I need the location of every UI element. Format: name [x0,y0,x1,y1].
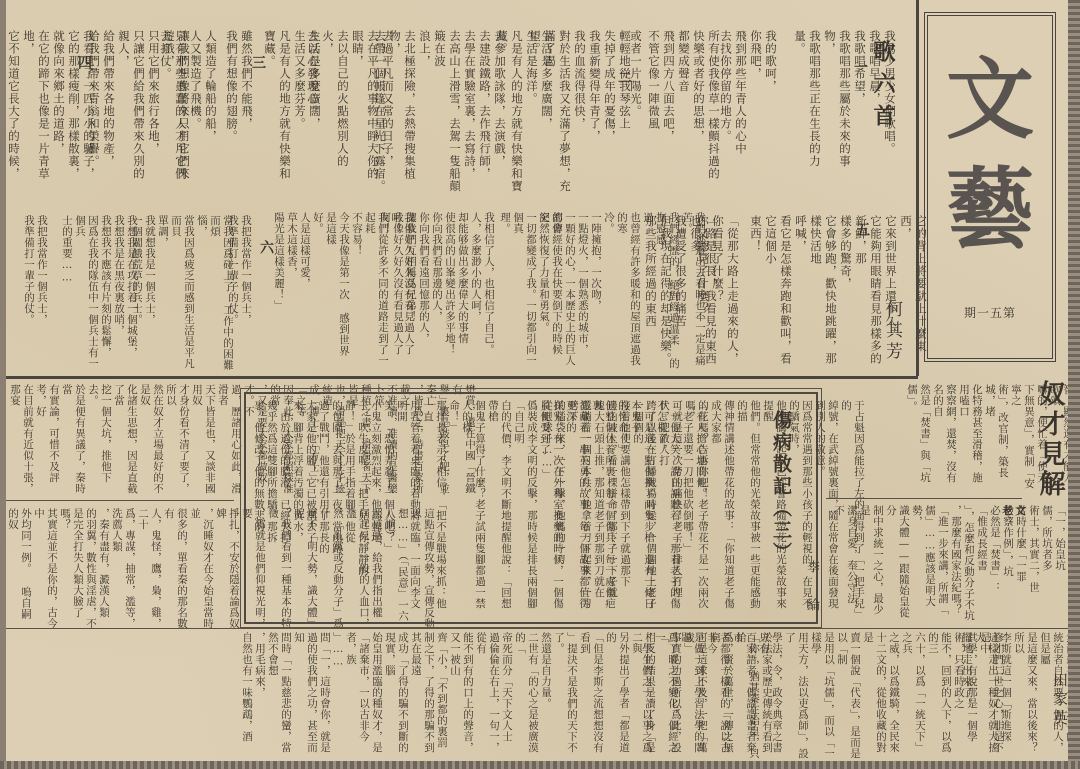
section-divider [6,376,918,379]
article-shangbing-body-2: 「有人擔心地問他。 「老子還要一刀把他砍倒哪！」 「一他大笑，說日語聽着：「那看… [252,400,707,616]
masthead-title-char-1: 文 [928,56,1052,144]
poem-section-5-stanza-1: 它的背上將要馱上什麼東西， 它來到世界上還不久， 它能夠用眼睛看見那樣多的新鮮，… [748,215,928,365]
poem-section-6-stanza-2: 當我因爲碰上了 工作中的困難 而煩 惱， 當我因爲疲乏而感到生活是平凡而貝 單調… [130,215,234,375]
article-nucai-body-7: 於法家或歷史傳統有看到 「你」，猶其秦在始皇，只給 爲，賢於萬世，一傳之無窮 可… [240,632,773,762]
page-edge [0,761,1080,769]
article-nucai-body-2: 「一，始皇坑 儒，所坑者多 術士，其實二，世 當時什麼「一罪 檢察作例」，坑 必… [832,505,1066,625]
page-edge [0,0,6,769]
poem-section-4-stanza-1: 我看見了一匹小小的驢子， 它的那樣瘦削，那樣散裏， 就像向來鄉土的道路， 在它的… [6,30,96,180]
article-nucai-intro: 讀史記「秦始皇本紀」， 覺得奴才的見解常有其獨特 的地方。 秦併字內，吞二周而亡… [905,384,1080,492]
poem-section-6-stanza-4: 我把我當作一個兵士， 我準備打一輩子的仗。 [22,215,48,375]
poem-section-3-stanza-3: 雖然我們不能飛， 我們有想像的翅膀。 [224,30,254,180]
poem-section-5-stanza-5: 都會經使我在快要倒下的時候 突然恢復了力量和勇氣。 一切都變成了我。一切都引向一… [498,212,563,372]
poem-section-6-prelude: 我像好久好久沒有看見過人了呵！ 我們從許多不同的道路走到了一起耗 不容易！ 今天… [272,212,415,372]
masthead: 文 藝 期一五第 [924,12,1056,362]
rule [6,500,234,501]
poem-section-3-stanza-5: 讓我們想像將來只用它們來遊戲， 只用它們來旅行各地， 只讓它們給我們帶來久別的親… [86,30,191,180]
poem-section-1-stanza-3: 所有使我像草一樣顫抖過的 快樂或者好的思想， 都變成聲音 飛到四方八面去吧， 不… [646,30,721,180]
poem-section-1-stanza-1: 我爲少男少女們歌唱。 我歌唱早晨， 我歌唱希望， 我歌唱那些屬於未來的事物， 我… [792,30,897,180]
newspaper-page: 文 藝 期一五第 歌六首 何其芳 一 我爲少男少女們歌唱。 我歌唱早晨， 我歌唱… [0,0,1080,769]
masthead-title-char-2: 藝 [928,166,1052,254]
poem-section-6-number: 六 [256,240,276,254]
poem-section-3-stanza-2: 生活是多麼廣闊， 生活又多麼芬芳。 凡是有人的地方就有快樂和寶藏。 [262,30,322,180]
poem-section-1-stanza-2: 我的歌呵， 你飛吧， 飛到那些年青人的心中 去找你停留的地方。 [718,30,778,180]
issue-number: 期一五第 [928,304,1052,321]
masthead-divider [916,0,919,376]
rule [6,628,1068,629]
page-edge [1068,0,1080,769]
poem-section-6-stanza-3: 我想我是在攻打着一個城堡， 我想我是在黑夜裏放哨， 我想我不應該有片刻的鬆懈， … [60,215,138,375]
